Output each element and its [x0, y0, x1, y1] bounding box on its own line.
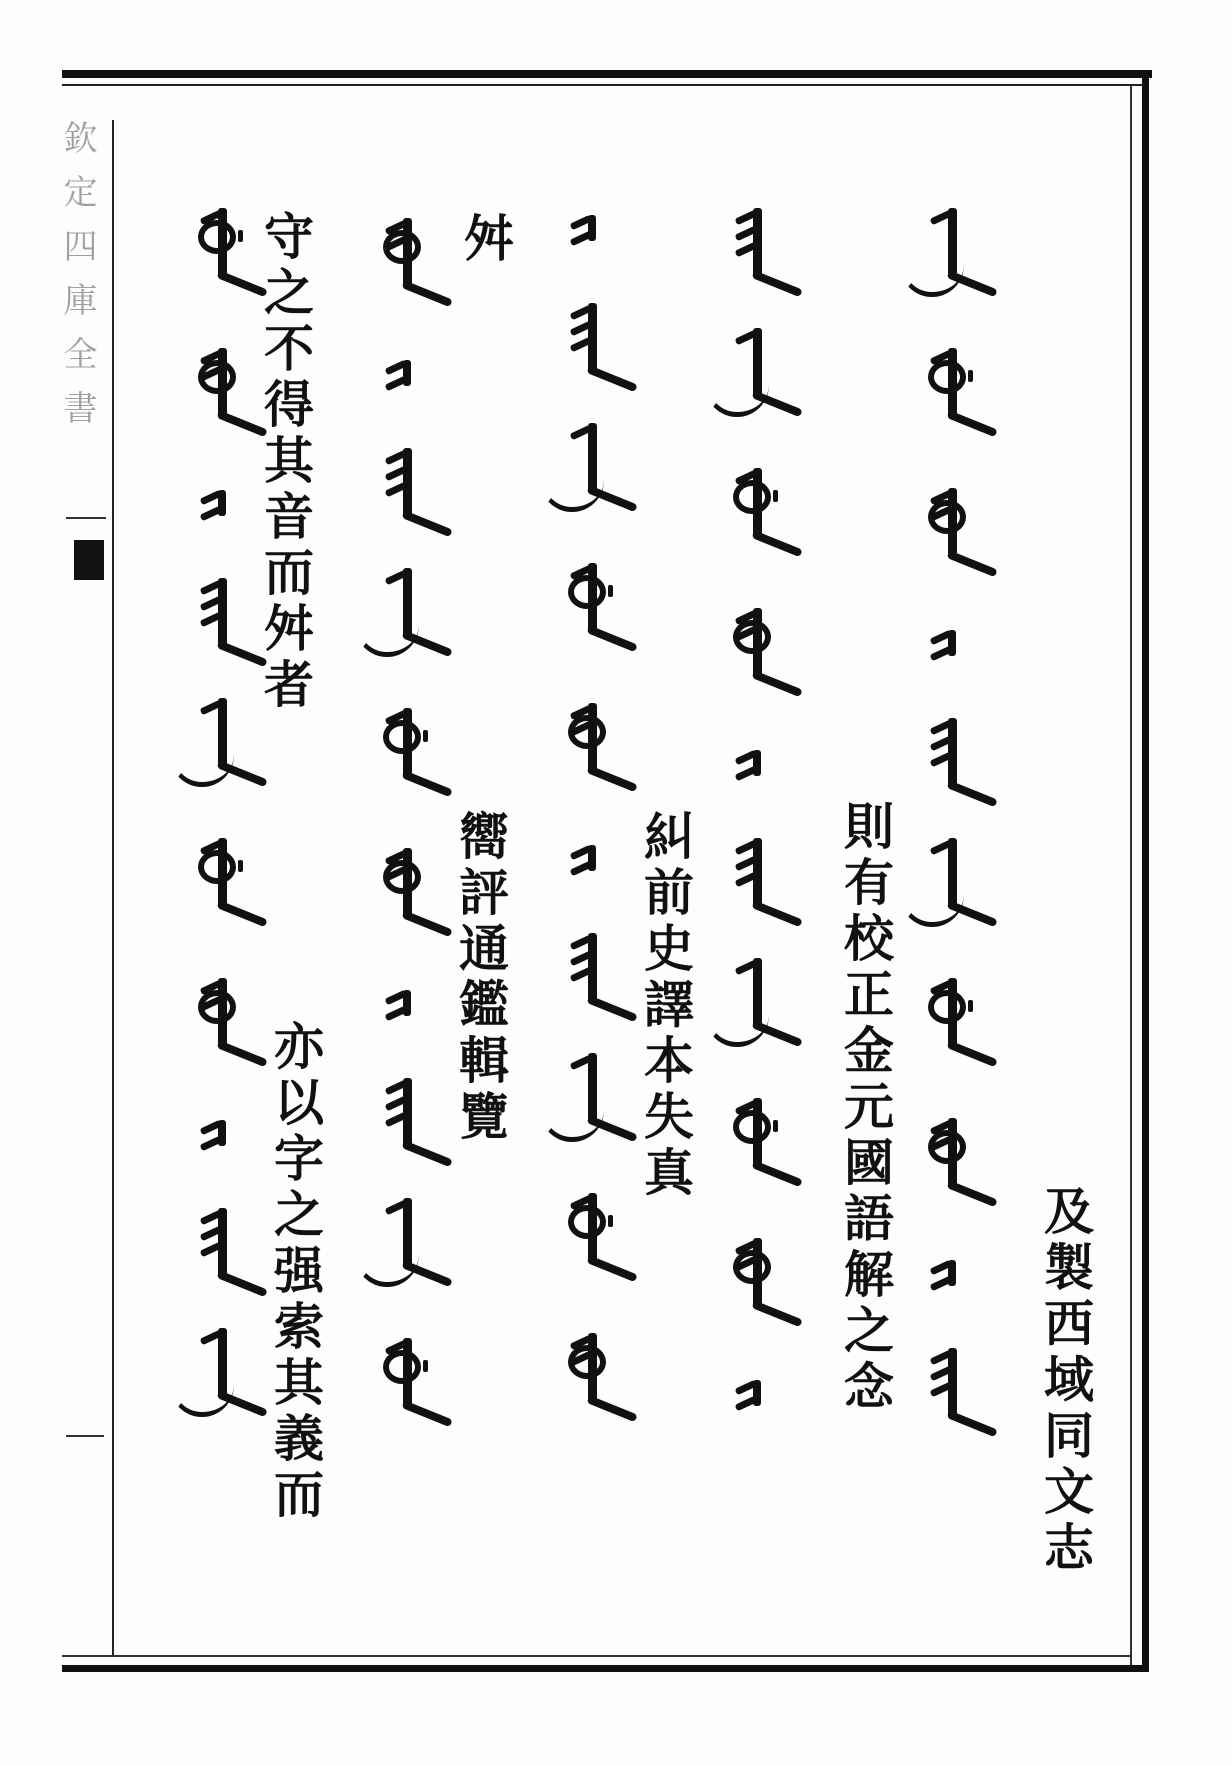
manchu-word — [705, 320, 815, 420]
manchu-word — [540, 555, 650, 655]
manchu-column-6 — [540, 205, 650, 1465]
manchu-word — [170, 570, 280, 650]
manchu-word — [355, 210, 465, 310]
manchu-word — [355, 440, 465, 520]
manchu-word — [355, 1190, 465, 1290]
manchu-word — [170, 1200, 280, 1280]
manchu-word — [540, 695, 650, 795]
frame-bottom-border — [62, 1665, 1149, 1672]
spine-label: 欽定四庫全書 — [62, 120, 102, 444]
manchu-column-10 — [170, 200, 280, 1460]
manchu-word — [900, 1250, 1010, 1300]
manchu-word — [170, 340, 280, 440]
manchu-word — [170, 970, 280, 1070]
manchu-word — [705, 1230, 815, 1330]
fishtail-block — [74, 540, 104, 580]
manchu-word — [540, 1185, 650, 1285]
manchu-word — [705, 1370, 815, 1420]
manchu-word — [900, 340, 1010, 440]
manchu-column-2 — [900, 200, 1010, 1460]
manchu-word — [355, 840, 465, 940]
manchu-word — [540, 205, 650, 255]
manchu-word — [170, 690, 280, 790]
manchu-word — [355, 560, 465, 660]
manchu-word — [540, 835, 650, 885]
manchu-word — [705, 600, 815, 700]
manchu-word — [170, 830, 280, 930]
manchu-word — [705, 200, 815, 280]
manchu-word — [540, 925, 650, 1005]
manchu-word — [355, 1330, 465, 1430]
manchu-word — [540, 1045, 650, 1145]
frame-bottom-inner-line — [62, 1655, 1132, 1657]
manchu-word — [540, 1325, 650, 1425]
frame-top-border — [62, 70, 1152, 78]
manchu-word — [170, 480, 280, 530]
manchu-word — [540, 415, 650, 515]
manchu-column-8 — [355, 210, 465, 1470]
spine-divider — [112, 120, 114, 1655]
chinese-column-7: 舛 — [460, 212, 510, 268]
manchu-word — [705, 950, 815, 1050]
manchu-word — [900, 830, 1010, 930]
manchu-word — [170, 1320, 280, 1420]
manchu-column-4 — [705, 200, 815, 1460]
frame-right-border — [1142, 70, 1149, 1670]
manchu-word — [705, 740, 815, 790]
document-page: 欽定四庫全書 及製西域同文志 則有校正金元國語解之念 糾前史譯本失真 舛 嚮評通… — [0, 0, 1232, 1765]
chinese-column-1: 及製西域同文志 — [1040, 1185, 1090, 1577]
spine-tick-mark — [66, 517, 106, 519]
manchu-word — [705, 460, 815, 560]
manchu-word — [900, 480, 1010, 580]
manchu-word — [900, 620, 1010, 670]
manchu-word — [355, 980, 465, 1030]
manchu-word — [540, 295, 650, 375]
frame-right-inner-line — [1130, 86, 1132, 1666]
manchu-word — [170, 1110, 280, 1160]
manchu-word — [900, 710, 1010, 790]
manchu-word — [900, 200, 1010, 300]
manchu-word — [355, 350, 465, 400]
chinese-column-3: 則有校正金元國語解之念 — [840, 800, 890, 1416]
frame-top-inner-line — [62, 84, 1142, 86]
manchu-word — [900, 1340, 1010, 1420]
manchu-word — [900, 970, 1010, 1070]
manchu-word — [705, 830, 815, 910]
manchu-word — [355, 1070, 465, 1150]
spine-tick-mark — [66, 1435, 104, 1437]
manchu-word — [355, 700, 465, 800]
manchu-word — [170, 200, 280, 300]
manchu-word — [900, 1110, 1010, 1210]
manchu-word — [705, 1090, 815, 1190]
